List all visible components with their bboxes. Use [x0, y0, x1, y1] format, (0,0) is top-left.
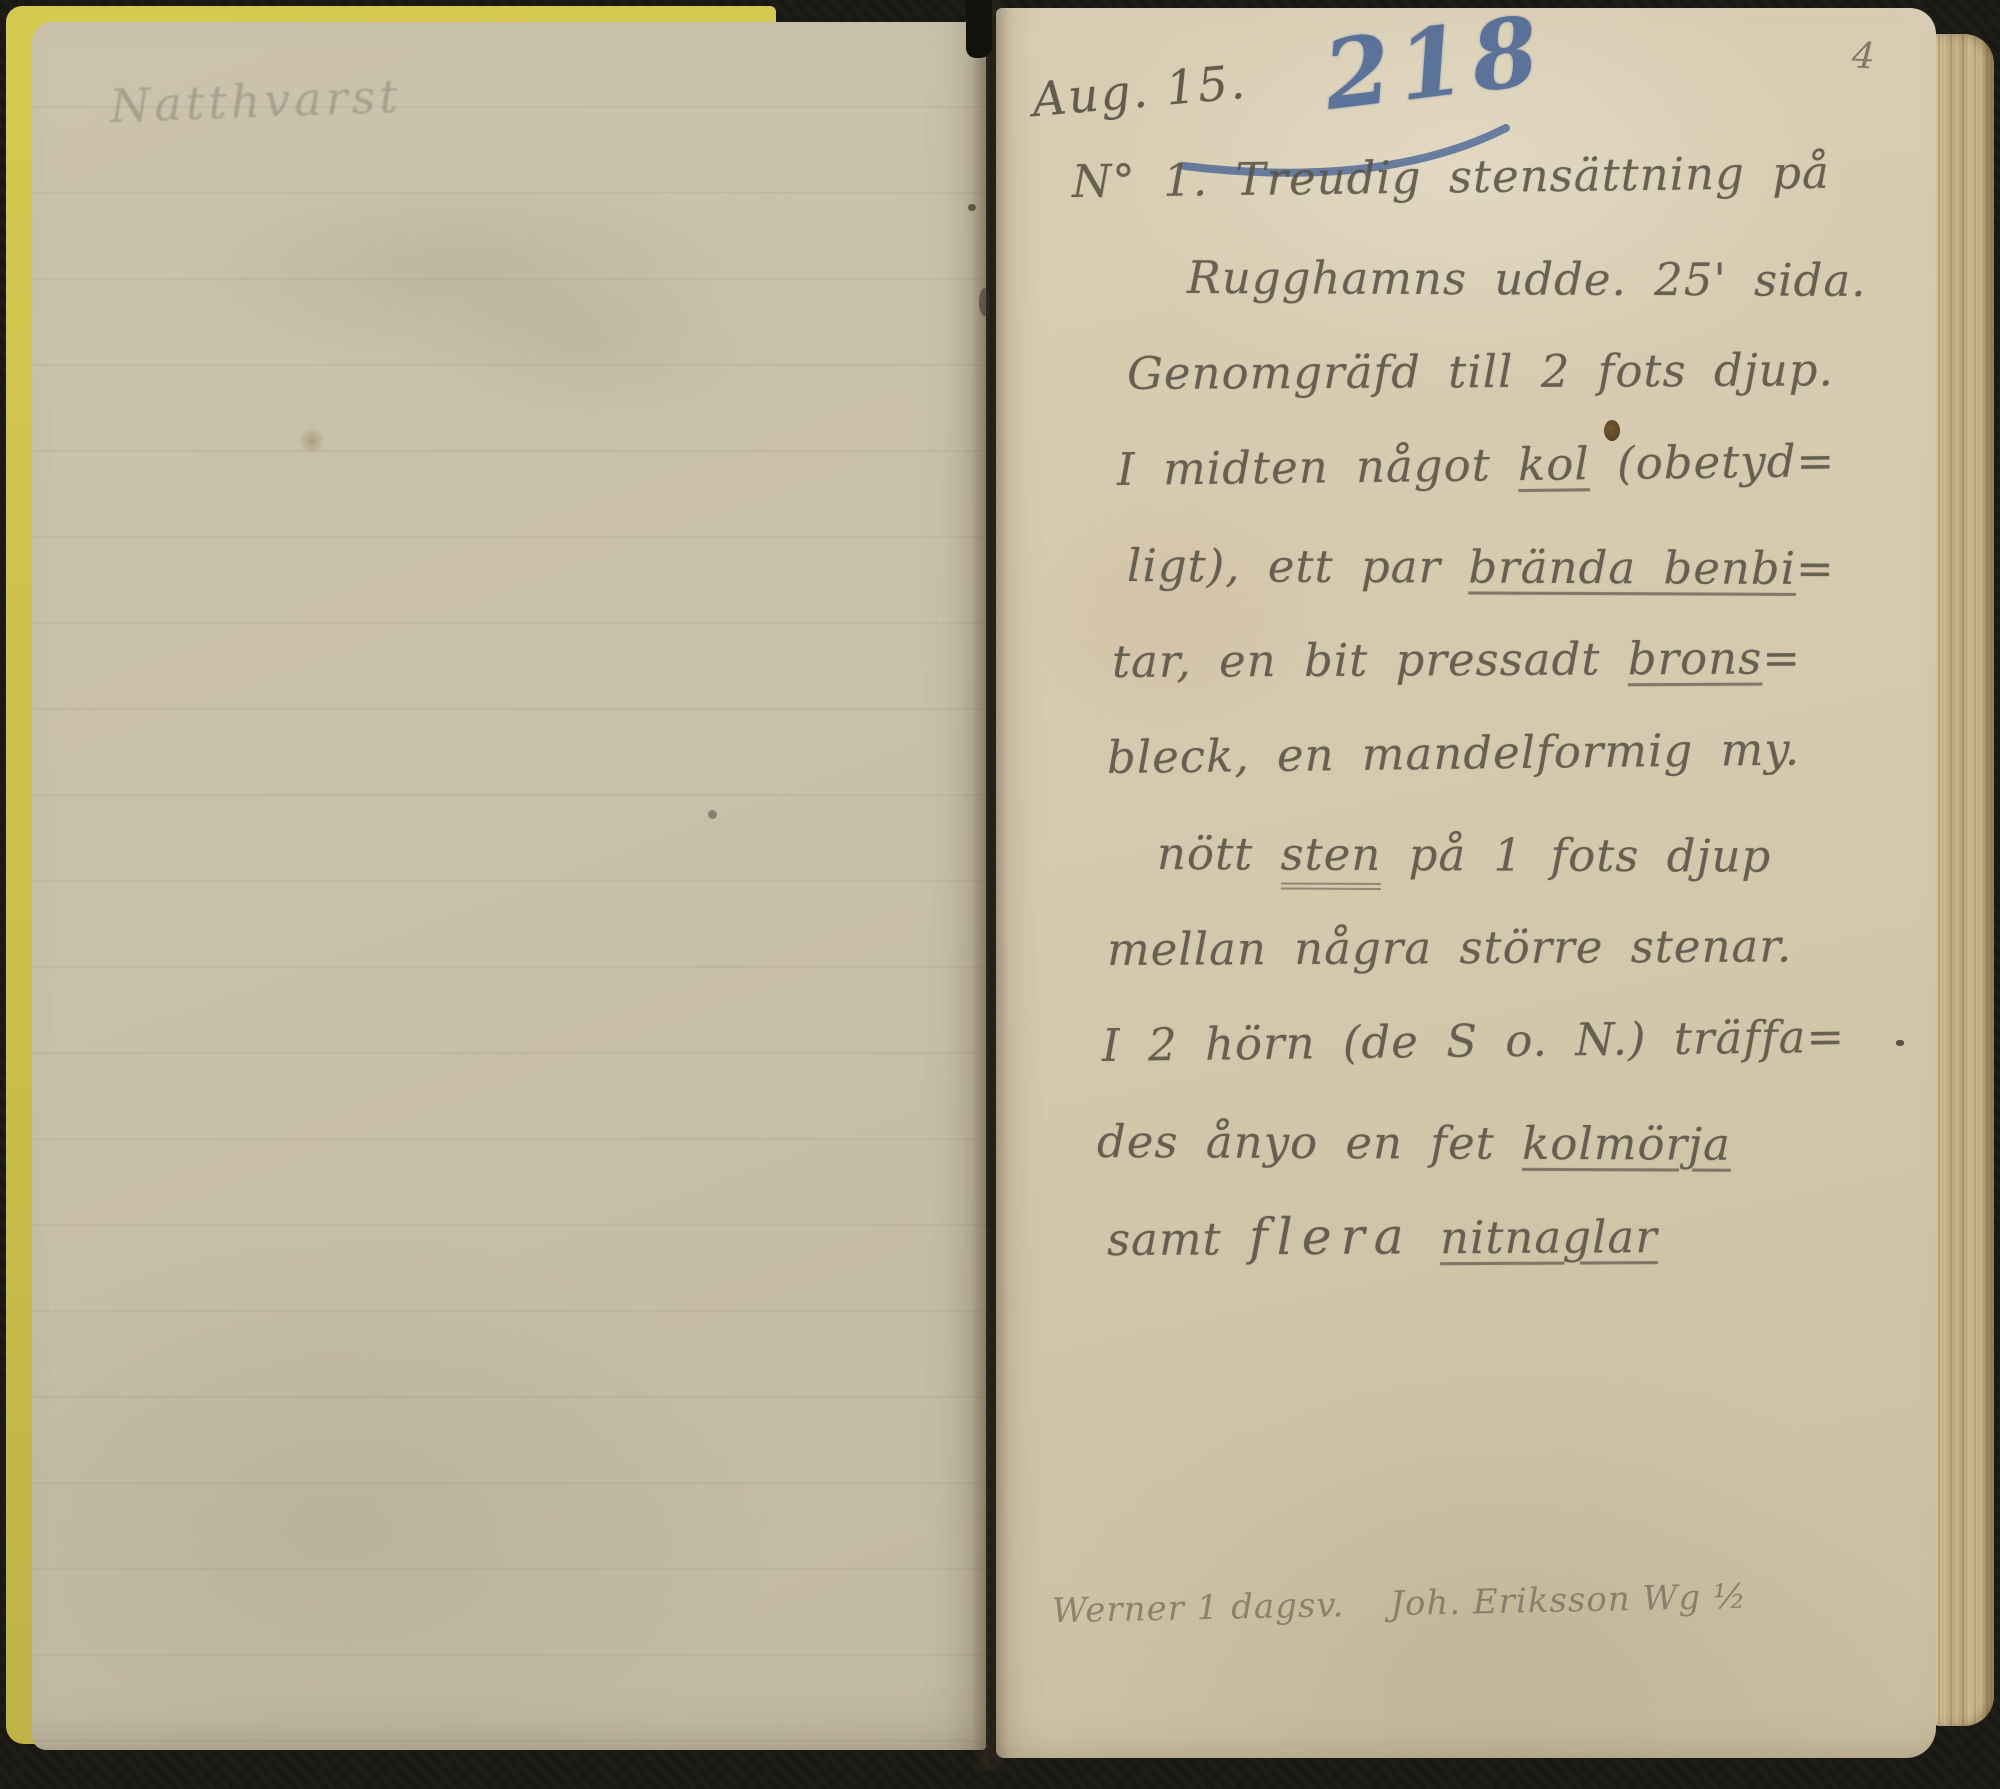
footer-note-right: Joh. Eriksson Wg ½	[1390, 1577, 1747, 1624]
manuscript-line: ligt), ett par brända benbi=	[1127, 518, 1922, 617]
manuscript-line: I midten något kol (obetyd=	[1116, 412, 1922, 518]
manuscript-line: Genomgräfd till 2 fots djup.	[1127, 322, 1922, 422]
manuscript-word: =	[1762, 631, 1801, 684]
right-page: Aug. 15. 218 4 N° 1. Treudig stensättnin…	[996, 8, 1936, 1758]
manuscript-word: kolmörja	[1522, 1117, 1731, 1171]
paper-fleck	[1896, 1040, 1904, 1046]
book-gutter	[972, 0, 1008, 1770]
manuscript-line: samt flera nitnaglar	[1107, 1186, 1923, 1288]
gutter-notch	[966, 0, 992, 58]
manuscript-word: samt	[1107, 1212, 1249, 1266]
manuscript-word: brända benbi	[1468, 540, 1796, 594]
manuscript-word: I midten något	[1117, 438, 1519, 496]
manuscript-word	[1413, 1211, 1441, 1264]
manuscript-word: mellan några större stenar.	[1107, 919, 1792, 976]
manuscript-line: des ånyo en fet kolmörja	[1097, 1094, 1922, 1194]
gutter-ink-blob	[979, 288, 990, 316]
manuscript-word: N° 1.	[1072, 153, 1236, 208]
notebook-scan: Natthvarst Aug. 15. 218 4 N° 1. Treudig …	[0, 0, 2000, 1789]
paper-smudge	[298, 428, 326, 454]
paper-fleck	[968, 204, 976, 211]
manuscript-word: nitnaglar	[1440, 1210, 1658, 1264]
manuscript-line: Rugghamns udde. 25' sida.	[1187, 230, 1922, 329]
catalog-number-blue: 218	[1318, 0, 1552, 132]
manuscript-word: på 1 fots djup	[1381, 828, 1771, 883]
manuscript-word: Genomgräfd till 2 fots djup.	[1127, 343, 1834, 400]
left-page: Natthvarst	[32, 22, 986, 1750]
manuscript-word: I 2 hörn (de S o. N.) träffa=	[1102, 1010, 1846, 1072]
manuscript-word: sten	[1280, 828, 1381, 890]
footer-note: Werner 1 dagsv. Joh. Eriksson Wg ½	[1052, 1577, 1748, 1632]
manuscript-lines: N° 1. Treudig stensättning påRugghamns u…	[1072, 134, 1922, 1288]
manuscript-line: nött sten på 1 fots djup	[1157, 806, 1922, 905]
paper-fleck	[708, 810, 717, 819]
manuscript-word: brons	[1628, 632, 1763, 686]
manuscript-word: Treudig stensättning på	[1235, 146, 1830, 206]
manuscript-line: I 2 hörn (de S o. N.) träffa=	[1101, 988, 1922, 1094]
manuscript-word: flera	[1249, 1206, 1413, 1266]
faint-pencil-note: Natthvarst	[109, 69, 402, 133]
manuscript-word: =	[1796, 542, 1835, 595]
page-edges-right	[1932, 34, 1994, 1726]
footer-note-left: Werner 1 dagsv.	[1052, 1585, 1345, 1631]
manuscript-word: bleck, en mandelformig my.	[1107, 723, 1801, 784]
manuscript-word: tar, en bit pressadt	[1112, 632, 1628, 688]
manuscript-word: nött	[1157, 827, 1281, 881]
stain-spot	[1604, 420, 1620, 441]
page-number: 4	[1851, 35, 1876, 77]
manuscript-word: kol	[1518, 437, 1590, 491]
manuscript-word: Rugghamns udde. 25' sida.	[1187, 251, 1867, 307]
manuscript-line: mellan några större stenar.	[1107, 898, 1922, 998]
manuscript-word: (obetyd=	[1589, 434, 1835, 490]
manuscript-word: des ånyo en fet	[1097, 1115, 1522, 1170]
manuscript-line: tar, en bit pressadt brons=	[1112, 610, 1922, 710]
manuscript-word: ligt), ett par	[1127, 539, 1469, 593]
manuscript-line: bleck, en mandelformig my.	[1106, 700, 1922, 806]
manuscript-line: N° 1. Treudig stensättning på	[1071, 124, 1922, 230]
